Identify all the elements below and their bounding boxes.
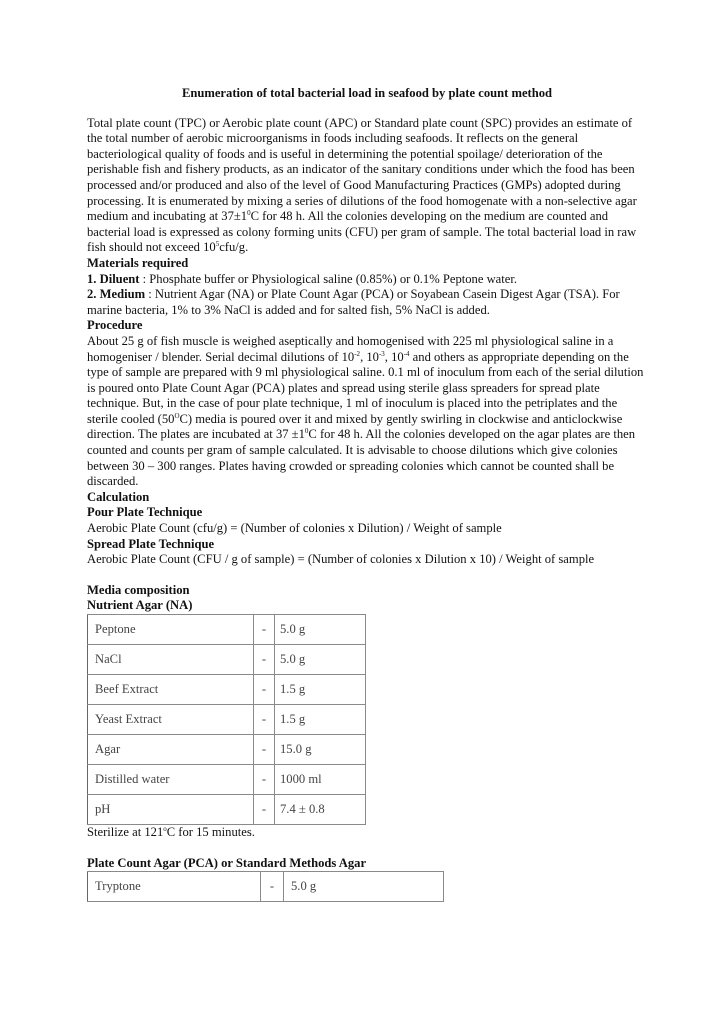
pca-heading: Plate Count Agar (PCA) or Standard Metho… [87,856,647,872]
table-row: Tryptone-5.0 g [88,872,444,902]
amount-cell: 5.0 g [275,645,366,675]
calculation-heading: Calculation [87,490,647,506]
nutrient-agar-heading: Nutrient Agar (NA) [87,598,647,614]
sterilize-note: Sterilize at 121oC for 15 minutes. [87,825,647,841]
nutrient-agar-table: Peptone-5.0 gNaCl-5.0 gBeef Extract-1.5 … [87,614,366,825]
amount-cell: 1.5 g [275,675,366,705]
intro-text: cfu/g. [219,240,248,254]
media-heading: Media composition [87,583,647,599]
ingredient-cell: Tryptone [88,872,261,902]
procedure-heading: Procedure [87,318,647,334]
ingredient-cell: Beef Extract [88,675,254,705]
amount-cell: 7.4 ± 0.8 [275,795,366,825]
pour-plate-heading: Pour Plate Technique [87,505,647,521]
spread-plate-formula: Aerobic Plate Count (CFU / g of sample) … [87,552,647,568]
materials-item: 2. Medium : Nutrient Agar (NA) or Plate … [87,287,647,318]
amount-cell: 15.0 g [275,735,366,765]
separator-cell: - [254,735,275,765]
table-row: NaCl-5.0 g [88,645,366,675]
amount-cell: 5.0 g [275,615,366,645]
note-text: C for 15 minutes. [167,825,255,839]
amount-cell: 5.0 g [284,872,444,902]
ingredient-cell: Peptone [88,615,254,645]
item-text: : Nutrient Agar (NA) or Plate Count Agar… [87,287,620,317]
ingredient-cell: Distilled water [88,765,254,795]
amount-cell: 1.5 g [275,705,366,735]
amount-cell: 1000 ml [275,765,366,795]
table-row: Distilled water-1000 ml [88,765,366,795]
procedure-paragraph: About 25 g of fish muscle is weighed ase… [87,334,647,490]
document-title: Enumeration of total bacterial load in s… [87,86,647,102]
separator-cell: - [254,645,275,675]
intro-paragraph: Total plate count (TPC) or Aerobic plate… [87,116,647,256]
separator-cell: - [254,675,275,705]
separator-cell: - [261,872,284,902]
separator-cell: - [254,615,275,645]
item-label: 2. Medium [87,287,145,301]
document-page: Enumeration of total bacterial load in s… [87,86,647,902]
procedure-text: , 10 [385,350,404,364]
ingredient-cell: NaCl [88,645,254,675]
spread-plate-heading: Spread Plate Technique [87,537,647,553]
pour-plate-formula: Aerobic Plate Count (cfu/g) = (Number of… [87,521,647,537]
intro-text: Total plate count (TPC) or Aerobic plate… [87,116,637,224]
table-row: pH-7.4 ± 0.8 [88,795,366,825]
table-row: Peptone-5.0 g [88,615,366,645]
table-row: Beef Extract-1.5 g [88,675,366,705]
ingredient-cell: pH [88,795,254,825]
item-text: : Phosphate buffer or Physiological sali… [139,272,517,286]
table-row: Agar-15.0 g [88,735,366,765]
materials-item: 1. Diluent : Phosphate buffer or Physiol… [87,272,647,288]
separator-cell: - [254,765,275,795]
table-row: Yeast Extract-1.5 g [88,705,366,735]
separator-cell: - [254,705,275,735]
note-text: Sterilize at 121 [87,825,163,839]
separator-cell: - [254,795,275,825]
procedure-text: , 10 [360,350,379,364]
item-label: 1. Diluent [87,272,139,286]
pca-table: Tryptone-5.0 g [87,871,444,902]
materials-heading: Materials required [87,256,647,272]
ingredient-cell: Yeast Extract [88,705,254,735]
ingredient-cell: Agar [88,735,254,765]
